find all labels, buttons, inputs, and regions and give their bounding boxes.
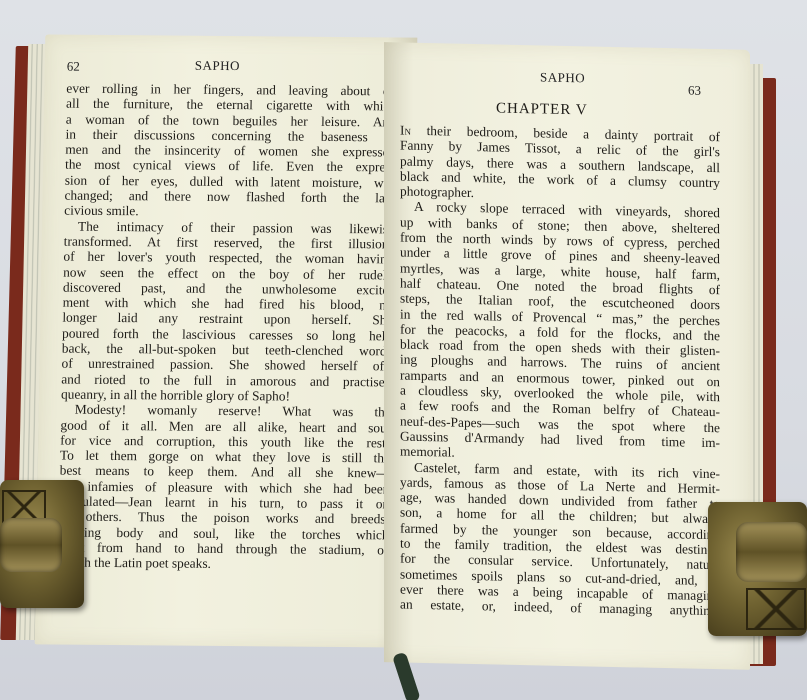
right-page: SAPHO 63 CHAPTER V In their bedroom, bes… (384, 42, 750, 670)
brass-hand-icon (0, 518, 62, 572)
open-book: 62 SAPHO ever rolling in her fingers, an… (0, 0, 807, 700)
brass-page-holder-left (0, 480, 84, 608)
left-page-text: ever rolling in her fingers, and leaving… (58, 81, 397, 573)
brass-page-holder-right (708, 502, 807, 636)
lattice-ornament (746, 588, 806, 630)
drop-word: In (400, 123, 411, 138)
page-number-right: 63 (688, 83, 701, 99)
running-head-right: SAPHO (540, 69, 585, 86)
text-line: which the Latin poet speaks. (58, 555, 388, 573)
running-head-left: SAPHO (195, 58, 240, 74)
page-number-left: 62 (67, 59, 80, 75)
left-page: 62 SAPHO ever rolling in her fingers, an… (35, 34, 418, 647)
brass-hand-icon (736, 522, 807, 582)
right-page-text: In their bedroom, beside a dainty portra… (400, 123, 720, 619)
chapter-title: CHAPTER V (496, 101, 588, 120)
